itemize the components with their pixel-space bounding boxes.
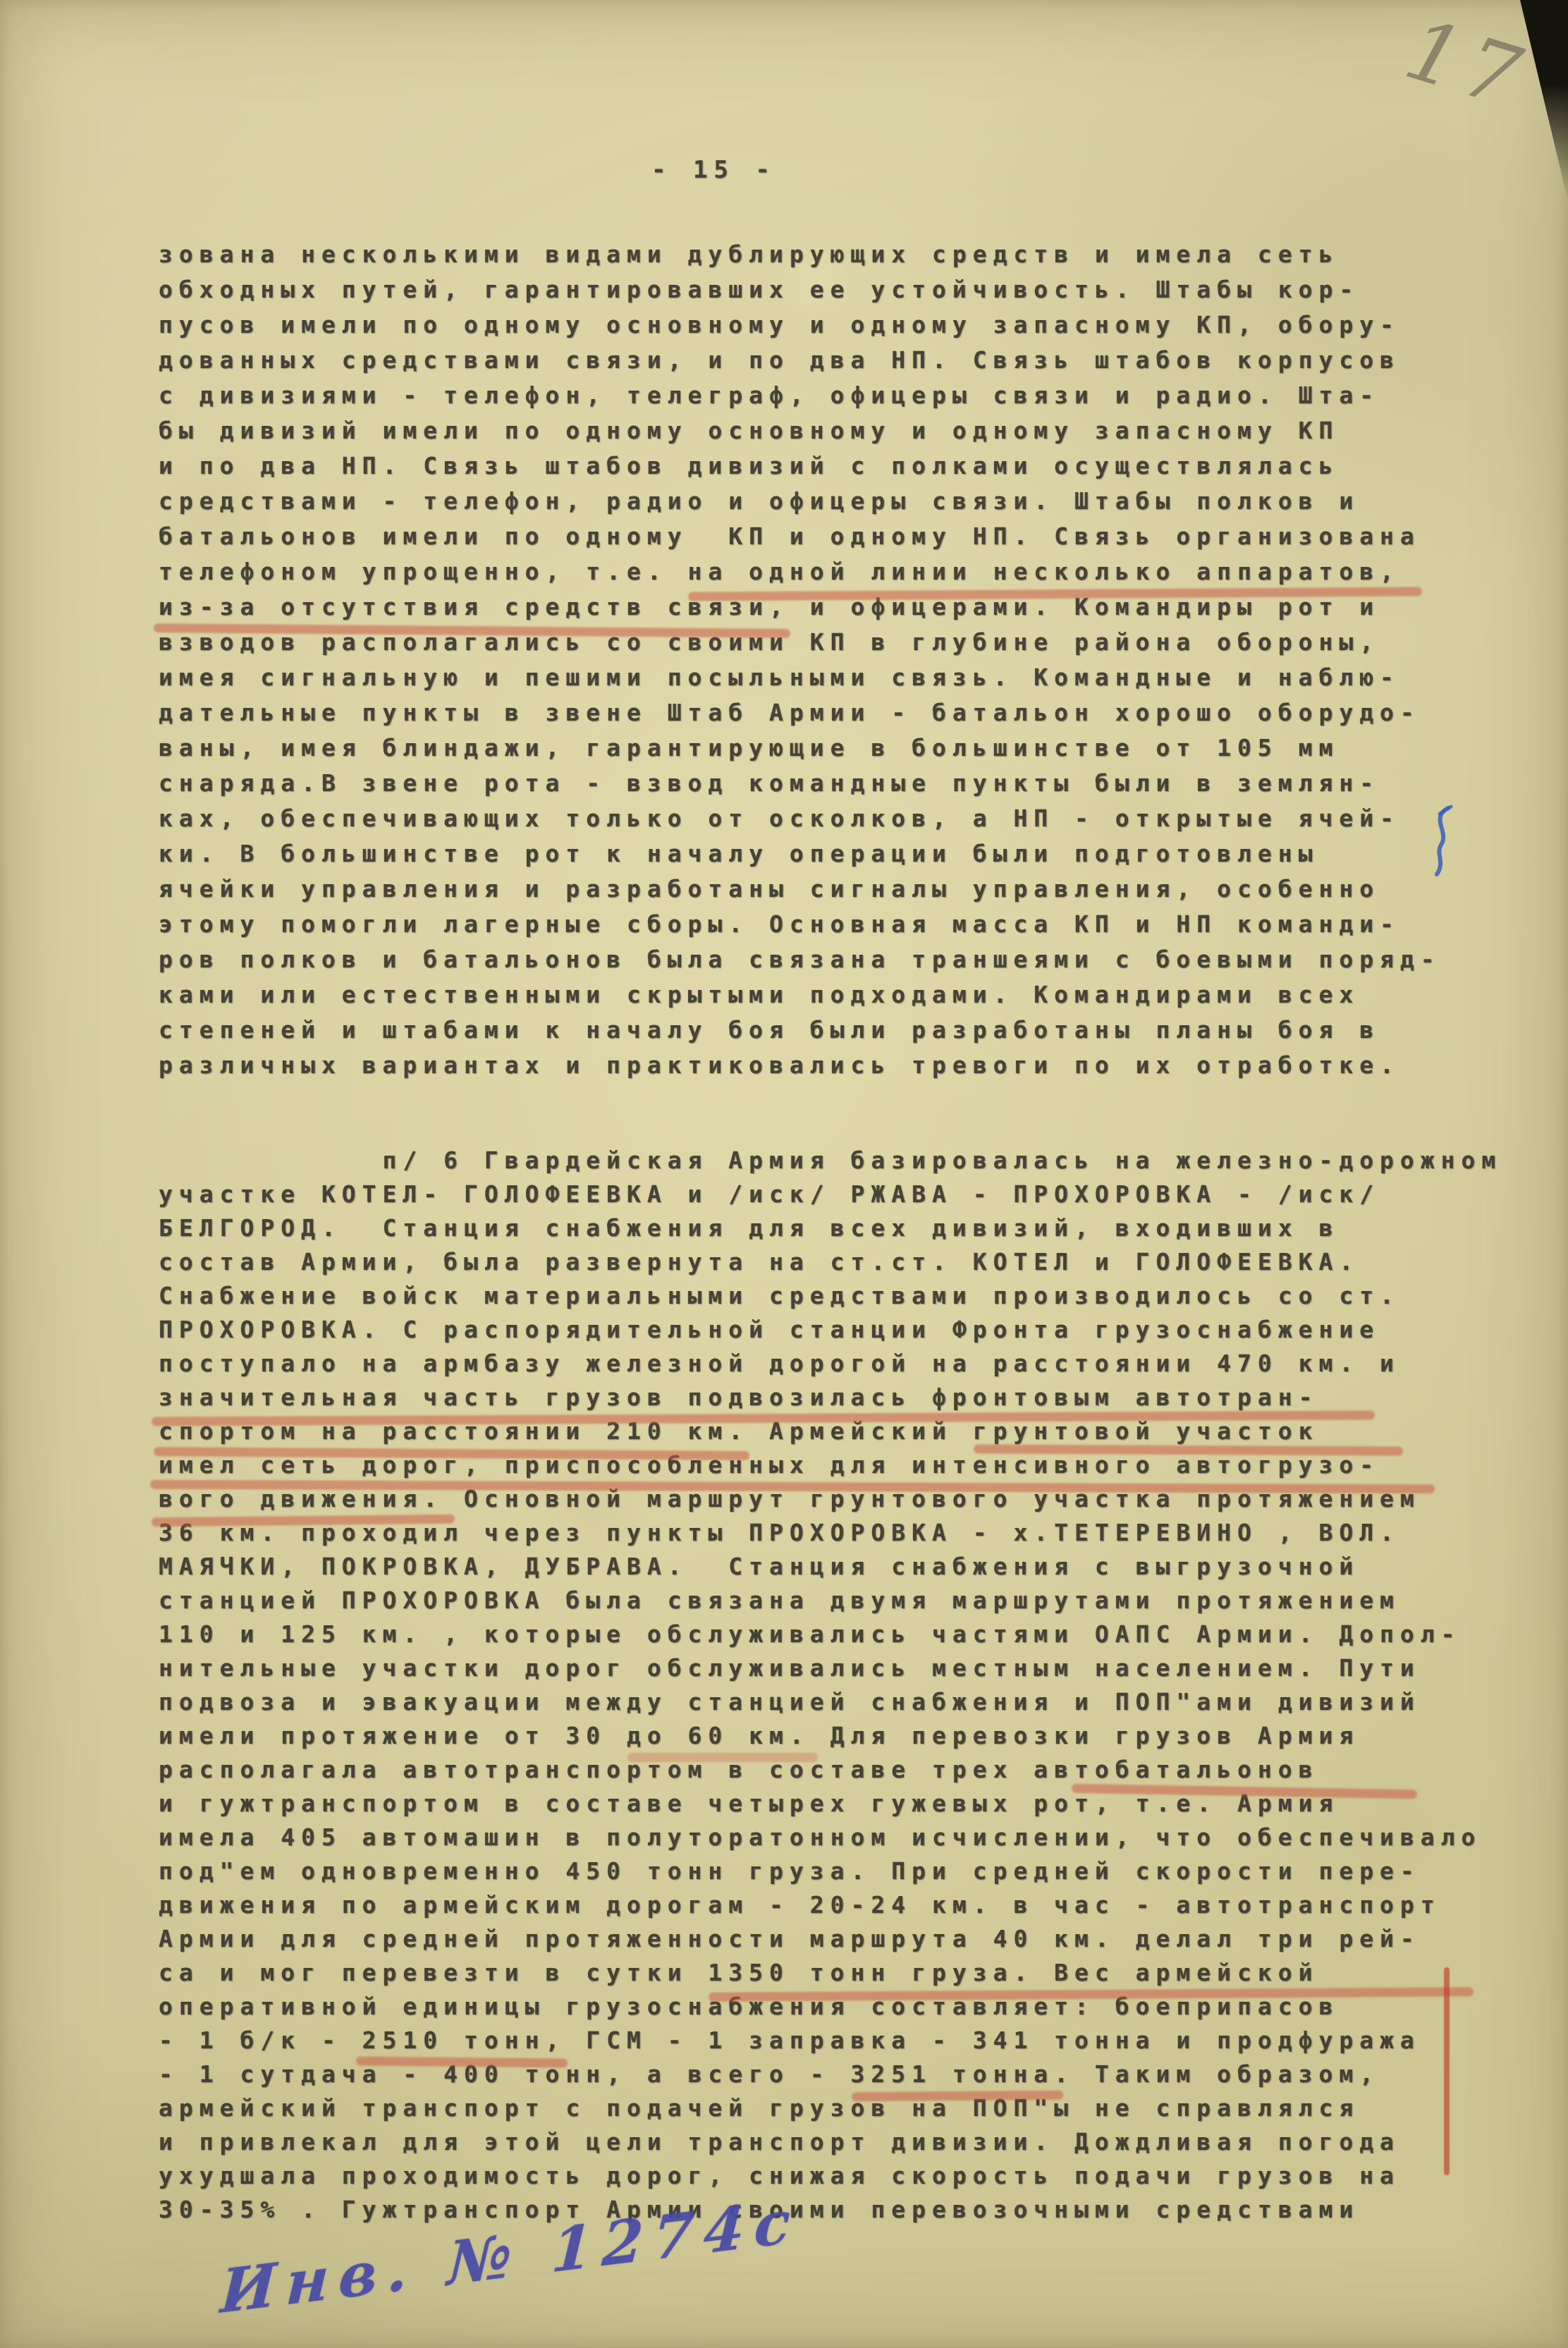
typed-paragraph-2: п/ 6 Гвардейская Армия базировалась на ж… (159, 1144, 1502, 2227)
margin-check-mark (1416, 804, 1459, 880)
page-number: - 15 - (651, 154, 776, 186)
document-page: 17 - 15 - зована несколькими видами дубл… (0, 0, 1568, 2348)
page-index-handwritten: 17 (1395, 0, 1538, 128)
red-margin-line (1444, 1967, 1450, 2175)
typed-paragraph-1: зована несколькими видами дублирующих ср… (159, 237, 1441, 1083)
